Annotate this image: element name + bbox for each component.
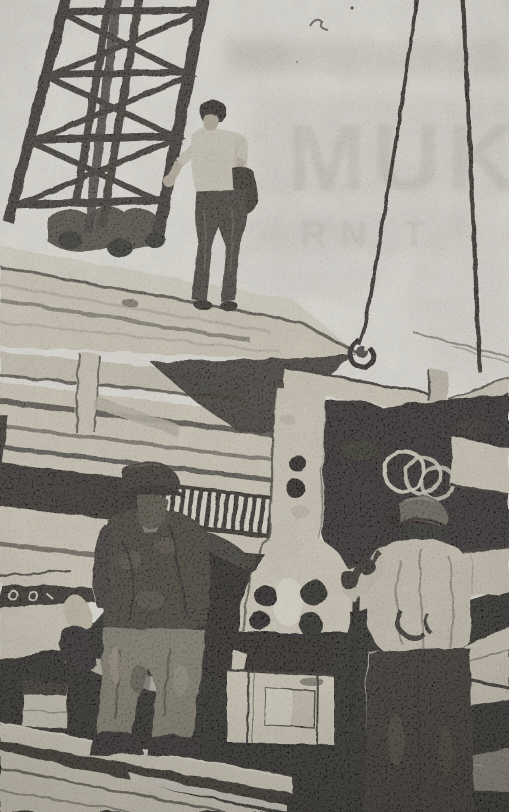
photo-canvas: MUKS RN T — [0, 0, 509, 812]
photograph: MUKS RN T — [0, 0, 509, 812]
dust-specks — [0, 0, 509, 812]
